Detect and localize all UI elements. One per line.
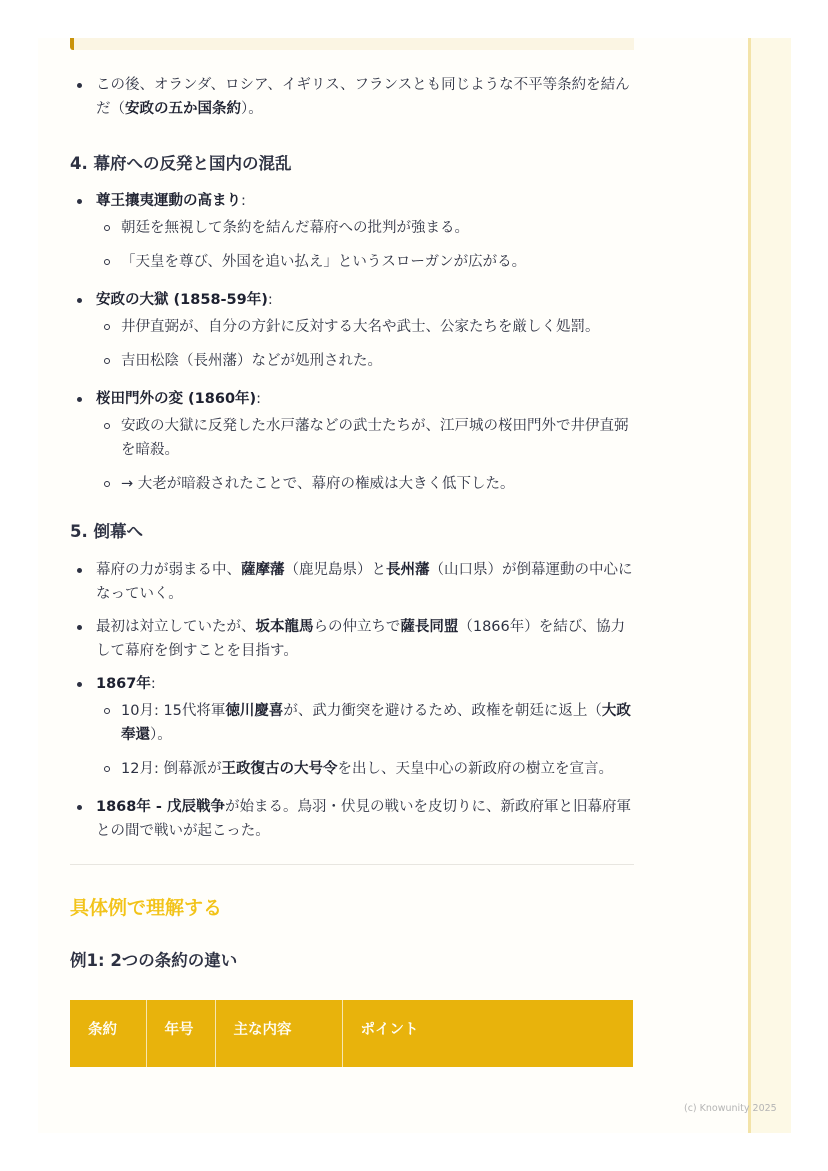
section-4-heading: 4. 幕府への反発と国内の混乱 <box>70 150 634 174</box>
examples-heading: 具体例で理解する <box>70 893 634 920</box>
column-header-content: 主な内容 <box>215 1000 342 1067</box>
side-accent-line <box>748 38 751 1133</box>
content: この後、オランダ、ロシア、イギリス、フランスとも同じような不平等条約を結んだ（安… <box>70 38 634 1067</box>
list-item: 尊王攘夷運動の高まり: 朝廷を無視して条約を結んだ幕府への批判が強まる。 「天皇… <box>70 189 634 274</box>
section-divider <box>70 864 634 865</box>
list-item: 桜田門外の変 (1860年): 安政の大獄に反発した水戸藩などの武士たちが、江戸… <box>70 387 634 496</box>
section-4-list: 尊王攘夷運動の高まり: 朝廷を無視して条約を結んだ幕府への批判が強まる。 「天皇… <box>70 189 634 496</box>
sub-list-item: 安政の大獄に反発した水戸藩などの武士たちが、江戸城の桜田門外で井伊直弼を暗殺。 <box>96 414 634 462</box>
sub-list: 10月: 15代将軍徳川慶喜が、武力衝突を避けるため、政権を朝廷に返上（大政奉還… <box>96 699 634 781</box>
sub-list-item: 吉田松陰（長州藩）などが処刑された。 <box>96 349 634 373</box>
table-header-row: 条約 年号 主な内容 ポイント <box>70 1000 633 1067</box>
example-1-heading: 例1: 2つの条約の違い <box>70 947 634 971</box>
sub-list: 井伊直弼が、自分の方針に反対する大名や武士、公家たちを厳しく処罰。 吉田松陰（長… <box>96 315 634 373</box>
section-5-list: 幕府の力が弱まる中、薩摩藩（鹿児島県）と長州藩（山口県）が倒幕運動の中心になって… <box>70 558 634 843</box>
treaty-comparison-table: 条約 年号 主な内容 ポイント <box>70 1000 633 1067</box>
intro-list: この後、オランダ、ロシア、イギリス、フランスとも同じような不平等条約を結んだ（安… <box>70 73 634 121</box>
sub-list-item: → 大老が暗殺されたことで、幕府の権威は大きく低下した。 <box>96 472 634 496</box>
sub-list-item: 朝廷を無視して条約を結んだ幕府への批判が強まる。 <box>96 216 634 240</box>
sub-list-item: 12月: 倒幕派が王政復古の大号令を出し、天皇中心の新政府の樹立を宣言。 <box>96 757 634 781</box>
list-item: 1867年: 10月: 15代将軍徳川慶喜が、武力衝突を避けるため、政権を朝廷に… <box>70 672 634 781</box>
copyright-footer: (c) Knowunity 2025 <box>684 1103 777 1114</box>
sub-list-item: 井伊直弼が、自分の方針に反対する大名や武士、公家たちを厳しく処罰。 <box>96 315 634 339</box>
list-item: 1868年 - 戊辰戦争が始まる。鳥羽・伏見の戦いを皮切りに、新政府軍と旧幕府軍… <box>70 795 634 843</box>
list-item: この後、オランダ、ロシア、イギリス、フランスとも同じような不平等条約を結んだ（安… <box>70 73 634 121</box>
sub-list-item: 「天皇を尊び、外国を追い払え」というスローガンが広がる。 <box>96 250 634 274</box>
list-item: 最初は対立していたが、坂本龍馬らの仲立ちで薩長同盟（1866年）を結び、協力して… <box>70 615 634 663</box>
column-header-treaty: 条約 <box>70 1000 146 1067</box>
list-item: 安政の大獄 (1858-59年): 井伊直弼が、自分の方針に反対する大名や武士、… <box>70 288 634 373</box>
column-header-point: ポイント <box>342 1000 633 1067</box>
column-header-era: 年号 <box>146 1000 215 1067</box>
section-5-heading: 5. 倒幕へ <box>70 518 634 542</box>
side-strip <box>748 38 791 1133</box>
sub-list: 朝廷を無視して条約を結んだ幕府への批判が強まる。 「天皇を尊び、外国を追い払え」… <box>96 216 634 274</box>
sub-list-item: 10月: 15代将軍徳川慶喜が、武力衝突を避けるため、政権を朝廷に返上（大政奉還… <box>96 699 634 747</box>
list-item: 幕府の力が弱まる中、薩摩藩（鹿児島県）と長州藩（山口県）が倒幕運動の中心になって… <box>70 558 634 606</box>
sub-list: 安政の大獄に反発した水戸藩などの武士たちが、江戸城の桜田門外で井伊直弼を暗殺。 … <box>96 414 634 496</box>
callout-box-bottom <box>70 38 634 50</box>
document-page: この後、オランダ、ロシア、イギリス、フランスとも同じような不平等条約を結んだ（安… <box>38 38 791 1133</box>
